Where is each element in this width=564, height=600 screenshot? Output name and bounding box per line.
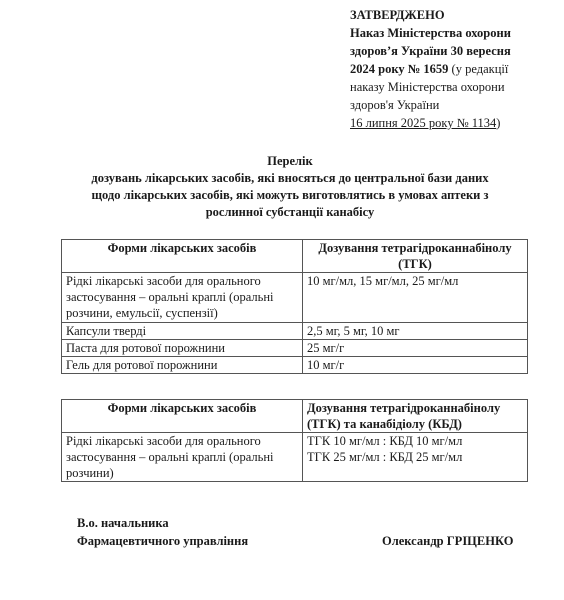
dose-line: ТГК 25 мг/мл : КБД 25 мг/мл <box>307 449 523 465</box>
approval-line: Наказ Міністерства охорони <box>350 24 560 42</box>
title-line: щодо лікарських засобів, які можуть виго… <box>40 187 540 204</box>
header-thc-cbd-dosage: Дозування тетрагідроканнабінолу (ТГК) та… <box>303 400 528 433</box>
cell-form: Капсули тверді <box>62 323 303 340</box>
table-row: Рідкі лікарські засоби для орального зас… <box>62 433 528 482</box>
position-line: В.о. начальника <box>77 514 248 532</box>
table-row: Гель для ротової порожнини 10 мг/г <box>62 357 528 374</box>
cell-dose: 2,5 мг, 5 мг, 10 мг <box>303 323 528 340</box>
cell-dose: ТГК 10 мг/мл : КБД 10 мг/мл ТГК 25 мг/мл… <box>303 433 528 482</box>
approval-paren: ) <box>496 116 500 130</box>
header-thc-dosage: Дозування тетрагідроканнабінолу (ТГК) <box>303 240 528 273</box>
signatory-name: Олександр ГРІЦЕНКО <box>382 532 513 550</box>
thc-dosage-table: Форми лікарських засобів Дозування тетра… <box>61 239 528 374</box>
title-line: рослинної субстанції канабісу <box>40 204 540 221</box>
approval-line: 2024 року № 1659 (у редакції <box>350 60 560 78</box>
title-line: Перелік <box>40 153 540 170</box>
approval-heading: ЗАТВЕРДЖЕНО <box>350 6 560 24</box>
cell-dose: 10 мг/г <box>303 357 528 374</box>
approval-line: здоров’я України 30 вересня <box>350 42 560 60</box>
approval-note: (у редакції <box>448 62 508 76</box>
dose-line: ТГК 10 мг/мл : КБД 10 мг/мл <box>307 433 523 449</box>
approval-stamp: ЗАТВЕРДЖЕНО Наказ Міністерства охорони з… <box>350 6 560 132</box>
position-line: Фармацевтичного управління <box>77 532 248 550</box>
table-header-row: Форми лікарських засобів Дозування тетра… <box>62 240 528 273</box>
approval-line: 16 липня 2025 року № 1134) <box>350 114 560 132</box>
signatory-position: В.о. начальника Фармацевтичного управлін… <box>77 514 248 550</box>
cell-dose: 25 мг/г <box>303 340 528 357</box>
table-row: Рідкі лікарські засоби для орального зас… <box>62 273 528 323</box>
table-row: Паста для ротової порожнини 25 мг/г <box>62 340 528 357</box>
amendment-date: 16 липня 2025 року № 1134 <box>350 116 496 130</box>
order-number: 2024 року № 1659 <box>350 62 448 76</box>
cell-form: Паста для ротової порожнини <box>62 340 303 357</box>
cell-dose: 10 мг/мл, 15 мг/мл, 25 мг/мл <box>303 273 528 323</box>
cell-form: Рідкі лікарські засоби для орального зас… <box>62 433 303 482</box>
cell-form: Рідкі лікарські засоби для орального зас… <box>62 273 303 323</box>
title-line: дозувань лікарських засобів, які вносять… <box>40 170 540 187</box>
header-forms: Форми лікарських засобів <box>62 400 303 433</box>
approval-line: здоров'я України <box>350 96 560 114</box>
table-row: Капсули тверді 2,5 мг, 5 мг, 10 мг <box>62 323 528 340</box>
header-forms: Форми лікарських засобів <box>62 240 303 273</box>
table-header-row: Форми лікарських засобів Дозування тетра… <box>62 400 528 433</box>
cell-form: Гель для ротової порожнини <box>62 357 303 374</box>
thc-cbd-dosage-table: Форми лікарських засобів Дозування тетра… <box>61 399 528 482</box>
approval-line: наказу Міністерства охорони <box>350 78 560 96</box>
document-title: Перелік дозувань лікарських засобів, які… <box>40 153 540 221</box>
